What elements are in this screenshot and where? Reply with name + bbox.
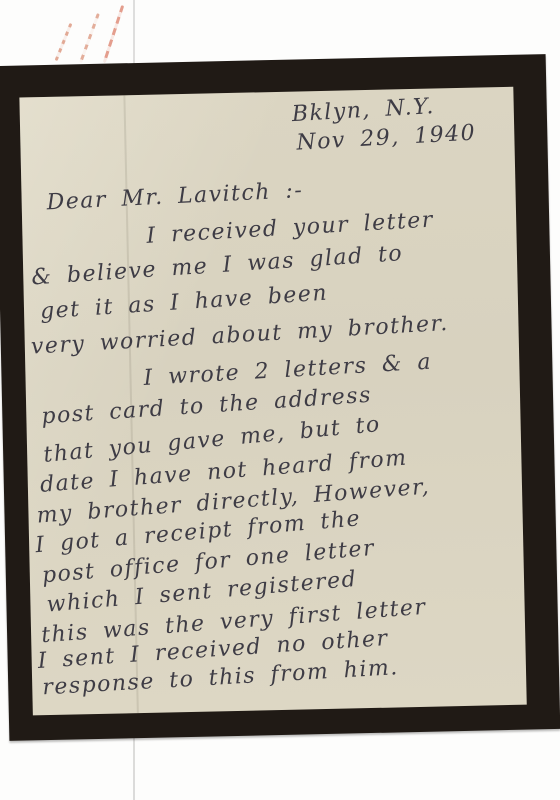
dateline-date: Nov 29, 1940 <box>296 122 477 154</box>
pencil-stroke <box>103 5 124 63</box>
pencil-stroke <box>55 23 73 61</box>
pencil-stroke <box>79 13 100 63</box>
handwriting-line: & believe me I was glad to <box>31 243 404 289</box>
handwriting-line: I wrote 2 letters & a <box>143 352 433 390</box>
dateline-block: Bklyn, N.Y. Nov 29, 1940 <box>19 87 513 98</box>
salutation: Dear Mr. Lavitch :- <box>46 180 304 214</box>
handwriting-line: get it as I have been <box>40 283 329 324</box>
scanned-letter-page: Bklyn, N.Y. Nov 29, 1940 Dear Mr. Lavitc… <box>0 0 560 800</box>
letter-photo-frame: Bklyn, N.Y. Nov 29, 1940 Dear Mr. Lavitc… <box>0 54 560 741</box>
letter-body: I received your letter& believe me I was… <box>19 87 513 98</box>
letter-paper: Bklyn, N.Y. Nov 29, 1940 Dear Mr. Lavitc… <box>19 87 526 716</box>
dateline-city: Bklyn, N.Y. <box>291 96 435 126</box>
